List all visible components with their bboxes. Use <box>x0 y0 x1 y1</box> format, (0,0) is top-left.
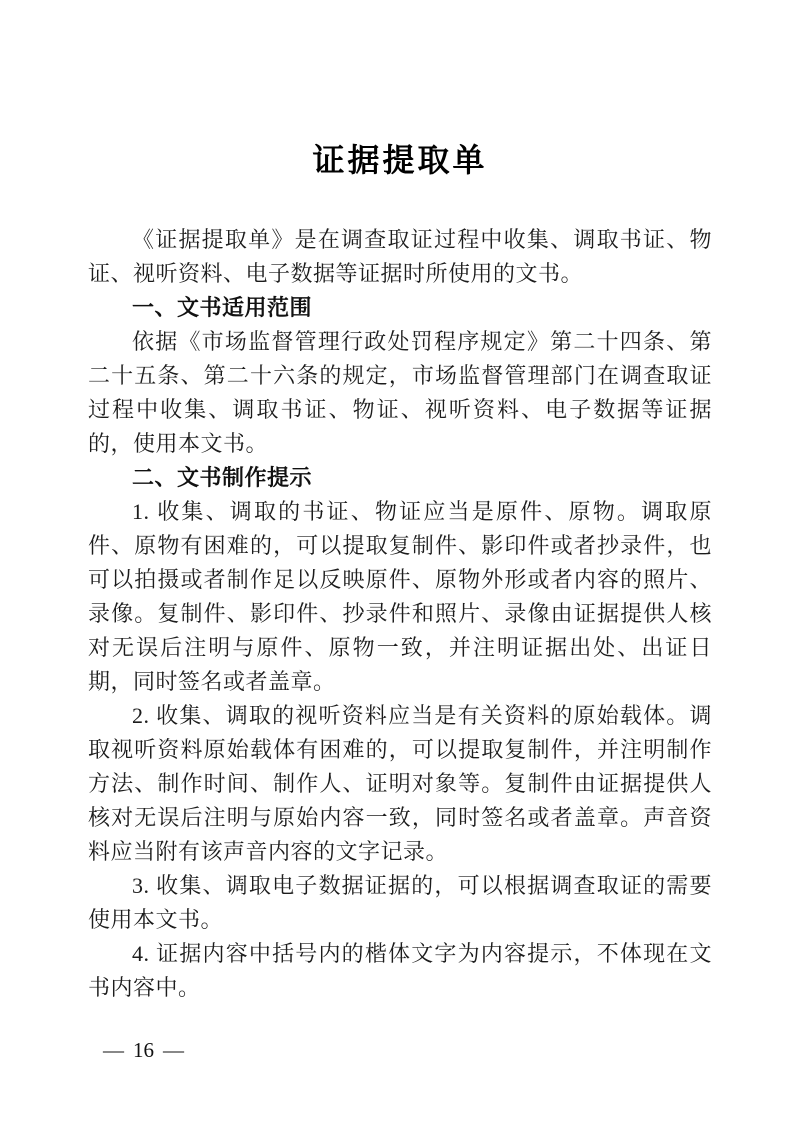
scope-paragraph: 依据《市场监督管理行政处罚程序规定》第二十四条、第二十五条、第二十六条的规定，市… <box>88 325 712 461</box>
footer-left-dash: — <box>103 1038 124 1063</box>
tips-item-2: 2. 收集、调取的视听资料应当是有关资料的原始载体。调取视听资料原始载体有困难的… <box>88 699 712 869</box>
document-page: 证据提取单 《证据提取单》是在调查取证过程中收集、调取书证、物证、视听资料、电子… <box>0 0 793 1122</box>
footer-right-dash: — <box>163 1038 184 1063</box>
tips-item-4: 4. 证据内容中括号内的楷体文字为内容提示，不体现在文书内容中。 <box>88 937 712 1005</box>
page-number: 16 <box>133 1038 154 1063</box>
tips-item-3: 3. 收集、调取电子数据证据的，可以根据调查取证的需要使用本文书。 <box>88 869 712 937</box>
section-heading-tips: 二、文书制作提示 <box>88 461 712 495</box>
tips-item-1: 1. 收集、调取的书证、物证应当是原件、原物。调取原件、原物有困难的，可以提取复… <box>88 495 712 699</box>
document-title: 证据提取单 <box>88 141 712 179</box>
document-content: 证据提取单 《证据提取单》是在调查取证过程中收集、调取书证、物证、视听资料、电子… <box>88 141 712 1005</box>
section-heading-scope: 一、文书适用范围 <box>88 291 712 325</box>
page-footer: — 16 — <box>103 1038 184 1063</box>
intro-paragraph: 《证据提取单》是在调查取证过程中收集、调取书证、物证、视听资料、电子数据等证据时… <box>88 223 712 291</box>
